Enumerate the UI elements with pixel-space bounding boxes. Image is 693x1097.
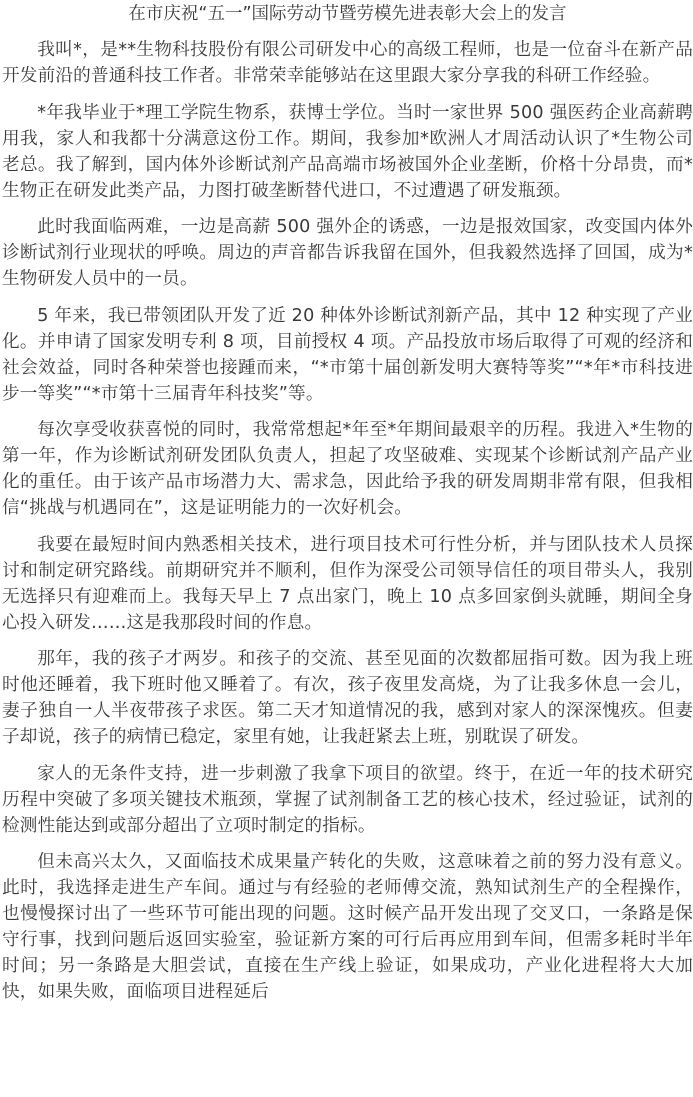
- document: 在市庆祝“五一”国际劳动节暨劳模先进表彰大会上的发言 我叫*，是**生物科技股份…: [0, 1, 693, 1005]
- paragraph-hardship: 每次享受收获喜悦的同时，我常常想起*年至*年期间最艰辛的历程。我进入*生物的第一…: [2, 417, 693, 521]
- paragraph-decision: 此时我面临两难，一边是高薪 500 强外企的诱惑，一边是报效国家，改变国内体外诊…: [2, 214, 693, 292]
- paragraph-intro: 我叫*，是**生物科技股份有限公司研发中心的高级工程师，也是一位奋斗在新产品开发…: [2, 37, 693, 89]
- paragraph-research: 我要在最短时间内熟悉相关技术，进行项目技术可行性分析，并与团队技术人员探讨和制定…: [2, 532, 693, 636]
- paragraph-family: 那年，我的孩子才两岁。和孩子的交流、甚至见面的次数都屈指可数。因为我上班时他还睡…: [2, 646, 693, 750]
- paragraph-background: *年我毕业于*理工学院生物系，获博士学位。当时一家世界 500 强医药企业高薪聘…: [2, 100, 693, 204]
- paragraph-achievements: 5 年来，我已带领团队开发了近 20 种体外诊断试剂新产品，其中 12 种实现了…: [2, 303, 693, 407]
- paragraph-breakthrough: 家人的无条件支持，进一步刺激了我拿下项目的欲望。终于，在近一年的技术研究历程中突…: [2, 761, 693, 839]
- paragraph-production: 但未高兴太久，又面临技术成果量产转化的失败，这意味着之前的努力没有意义。此时，我…: [2, 849, 693, 1005]
- document-title: 在市庆祝“五一”国际劳动节暨劳模先进表彰大会上的发言: [2, 1, 693, 27]
